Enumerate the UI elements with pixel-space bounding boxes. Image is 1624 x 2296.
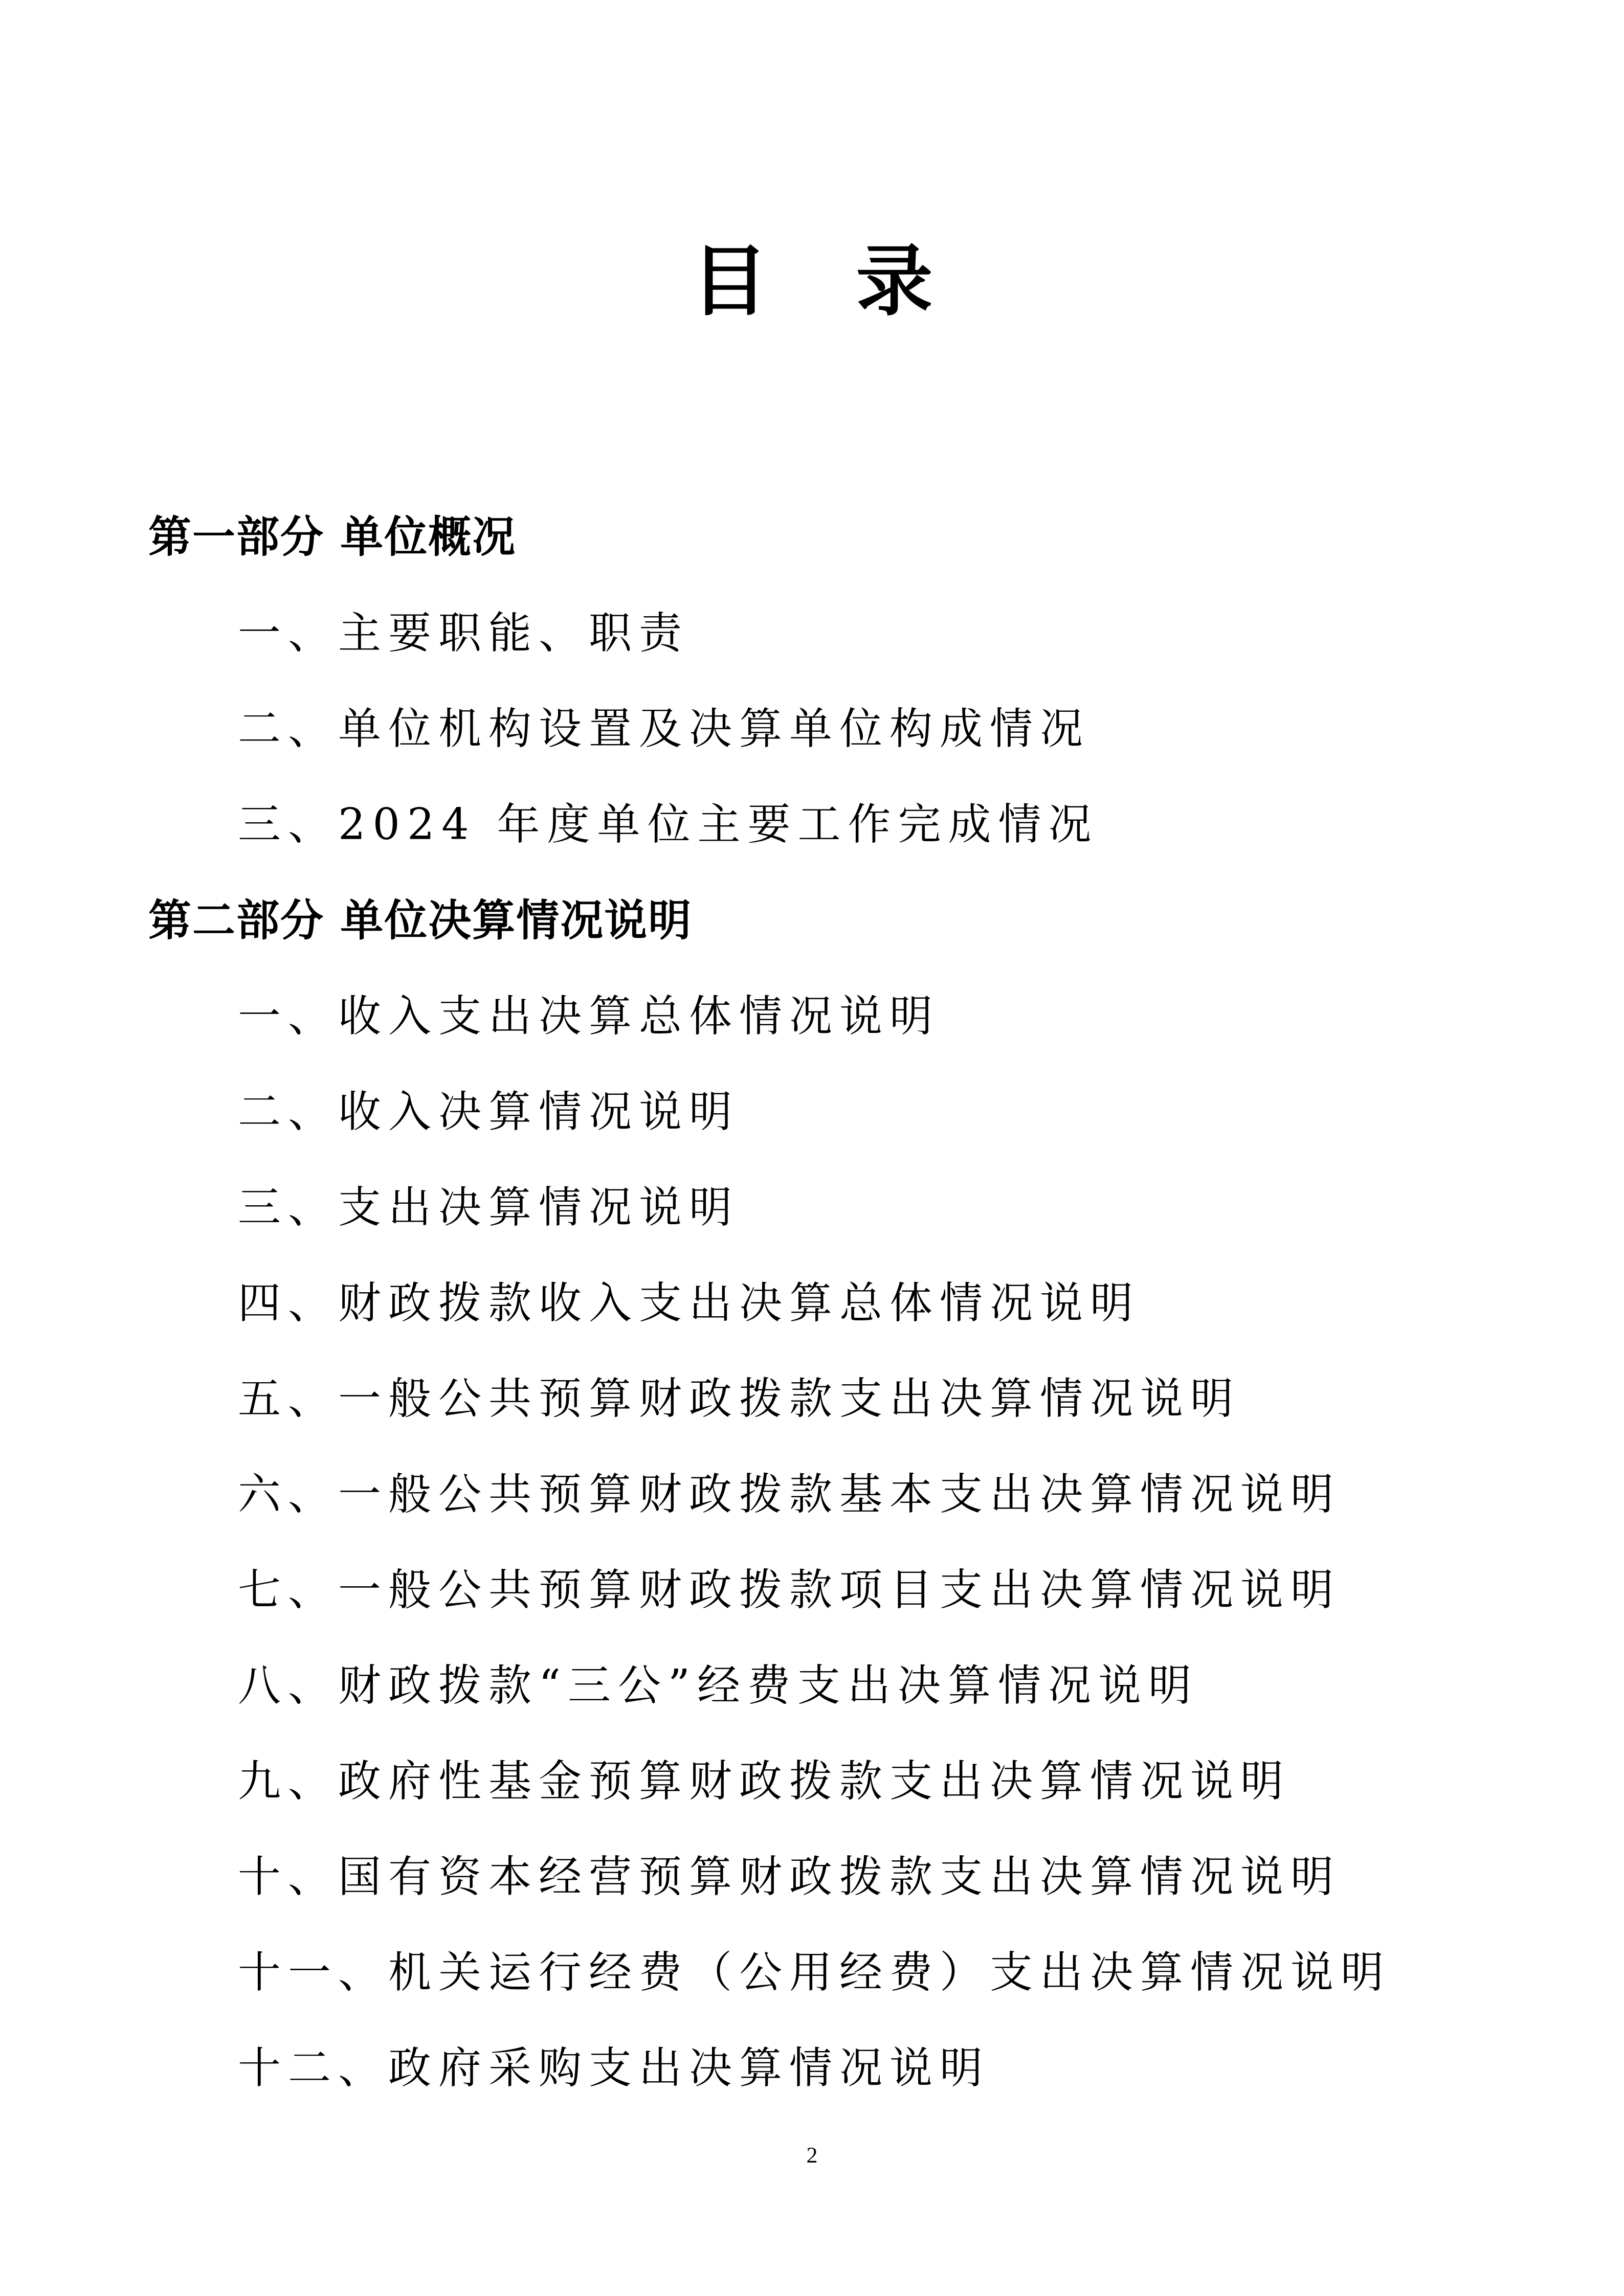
toc-item-part1-3[interactable]: 三、2024 年度单位主要工作完成情况 <box>238 796 1098 852</box>
toc-item-part2-3[interactable]: 三、支出决算情况说明 <box>238 1179 739 1235</box>
toc-item-part1-1[interactable]: 一、主要职能、职责 <box>238 605 689 661</box>
toc-item-part2-9[interactable]: 九、政府性基金预算财政拨款支出决算情况说明 <box>238 1753 1291 1809</box>
toc-item-part2-5[interactable]: 五、一般公共预算财政拨款支出决算情况说明 <box>238 1370 1240 1427</box>
toc-item-part2-8[interactable]: 八、财政拨款“三公”经费支出决算情况说明 <box>238 1657 1198 1714</box>
page-number: 2 <box>0 2140 1624 2171</box>
page-title: 目 录 <box>0 235 1624 327</box>
toc-item-part2-10[interactable]: 十、国有资本经营预算财政拨款支出决算情况说明 <box>238 1849 1341 1905</box>
toc-item-part2-11[interactable]: 十一、机关运行经费（公用经费）支出决算情况说明 <box>238 1944 1391 2000</box>
toc-item-part2-6[interactable]: 六、一般公共预算财政拨款基本支出决算情况说明 <box>238 1466 1341 1522</box>
toc-item-part2-4[interactable]: 四、财政拨款收入支出决算总体情况说明 <box>238 1275 1140 1331</box>
toc-item-part2-7[interactable]: 七、一般公共预算财政拨款项目支出决算情况说明 <box>238 1562 1341 1618</box>
toc-item-part2-12[interactable]: 十二、政府采购支出决算情况说明 <box>238 2040 990 2096</box>
toc-part-2-heading[interactable]: 第二部分 单位决算情况说明 <box>148 892 692 949</box>
toc-item-part1-2[interactable]: 二、单位机构设置及决算单位构成情况 <box>238 701 1090 757</box>
toc-part-1-heading[interactable]: 第一部分 单位概况 <box>148 509 516 565</box>
toc-item-part2-1[interactable]: 一、收入支出决算总体情况说明 <box>238 988 940 1044</box>
document-page: 目 录 第一部分 单位概况 一、主要职能、职责 二、单位机构设置及决算单位构成情… <box>0 0 1624 2296</box>
toc-item-part2-2[interactable]: 二、收入决算情况说明 <box>238 1084 739 1140</box>
